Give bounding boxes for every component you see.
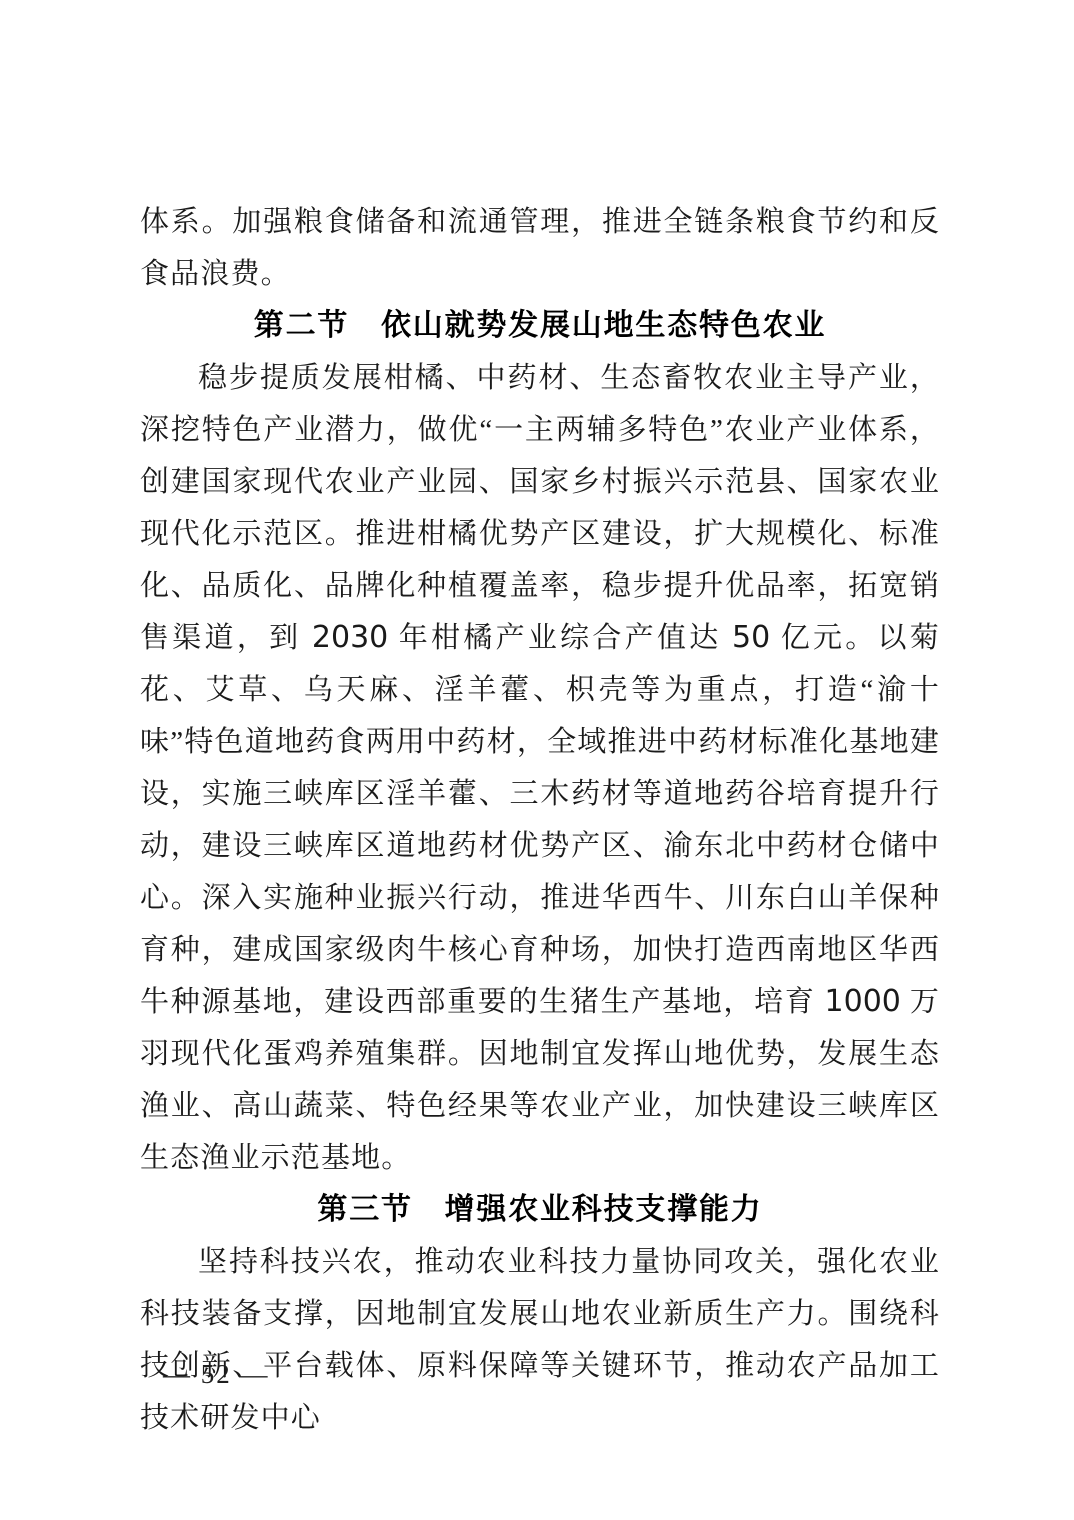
text-run: 体系。加强粮食储备和流通管理，推进全链条粮食节约和反食品浪费。 — [140, 206, 940, 290]
paragraph-section-3: 坚持科技兴农，推动农业科技力量协同攻关，强化农业科技装备支撑，因地制宜发展山地农… — [140, 1236, 940, 1444]
number-value: 1000 — [825, 984, 901, 1019]
number-value: 2030 — [312, 620, 388, 655]
document-page: 体系。加强粮食储备和流通管理，推进全链条粮食节约和反食品浪费。 第二节 依山就势… — [0, 0, 1074, 1520]
page-content: 体系。加强粮食储备和流通管理，推进全链条粮食节约和反食品浪费。 第二节 依山就势… — [140, 196, 940, 1444]
paragraph-continuation: 体系。加强粮食储备和流通管理，推进全链条粮食节约和反食品浪费。 — [140, 196, 940, 300]
text-run: 亿元。以菊花、艾草、乌天麻、淫羊藿、枳壳等为重点，打造“渝十味”特色道地药食两用… — [140, 622, 940, 1018]
section-heading-3: 第三节 增强农业科技支撑能力 — [140, 1184, 940, 1236]
section-heading-2: 第二节 依山就势发展山地生态特色农业 — [140, 300, 940, 352]
page-number: — 52 — — [163, 1350, 270, 1398]
number-value: 50 — [732, 620, 770, 655]
text-run: 坚持科技兴农，推动农业科技力量协同攻关，强化农业科技装备支撑，因地制宜发展山地农… — [140, 1246, 940, 1434]
text-run: 稳步提质发展柑橘、中药材、生态畜牧农业主导产业，深挖特色产业潜力，做优“一主两辅… — [140, 362, 940, 654]
text-run: 年柑橘产业综合产值达 — [388, 622, 732, 654]
paragraph-section-2: 稳步提质发展柑橘、中药材、生态畜牧农业主导产业，深挖特色产业潜力，做优“一主两辅… — [140, 352, 940, 1184]
